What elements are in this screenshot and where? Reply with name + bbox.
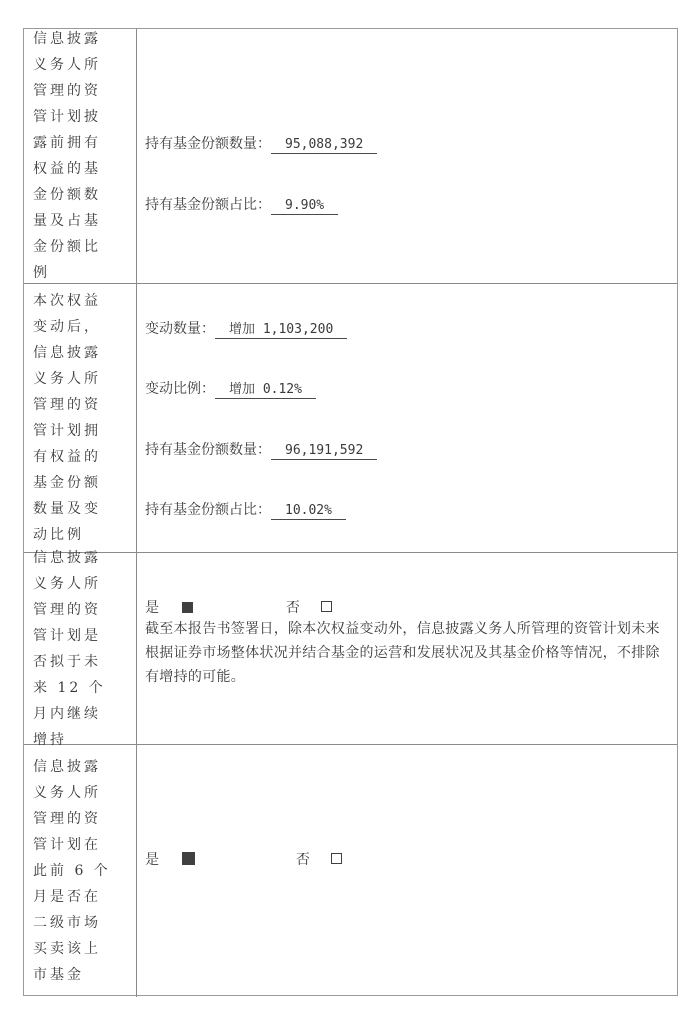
- yes-label: 是: [145, 852, 159, 868]
- field-value: 96,191,592: [271, 442, 377, 460]
- table-row-post-change-holdings: 本次权益变动后，信息披露义务人所管理的资管计划拥有权益的基金份额数量及变动比例 …: [24, 284, 677, 553]
- field-label: 变动比例：: [145, 381, 215, 397]
- no-label: 否: [286, 600, 300, 616]
- no-checkbox-unchecked[interactable]: [331, 853, 342, 864]
- row-label: 信息披露义务人所管理的资管计划披露前拥有权益的基金份额数量及占基金份额比例: [33, 26, 113, 286]
- disclosure-table: 信息披露义务人所管理的资管计划披露前拥有权益的基金份额数量及占基金份额比例 持有…: [23, 28, 678, 996]
- field-value: 增加 0.12%: [215, 381, 316, 399]
- yes-label: 是: [145, 600, 159, 616]
- row-label: 本次权益变动后，信息披露义务人所管理的资管计划拥有权益的基金份额数量及变动比例: [33, 288, 113, 548]
- row-value-cell: 是 否: [137, 745, 677, 997]
- row-label-cell: 本次权益变动后，信息披露义务人所管理的资管计划拥有权益的基金份额数量及变动比例: [24, 284, 137, 552]
- table-row-pre-disclosure-holdings: 信息披露义务人所管理的资管计划披露前拥有权益的基金份额数量及占基金份额比例 持有…: [24, 29, 677, 284]
- yes-checkbox-checked[interactable]: [182, 602, 193, 613]
- yes-no-options: 是 否: [145, 849, 342, 869]
- holding-quantity-field: 持有基金份额数量：95,088,392: [145, 133, 377, 154]
- row-value-cell: 是 否 截至本报告书签署日，除本次权益变动外，信息披露义务人所管理的资管计划未来…: [137, 553, 677, 744]
- holding-quantity-field: 持有基金份额数量：96,191,592: [145, 439, 377, 460]
- yes-checkbox-checked[interactable]: [182, 852, 195, 865]
- change-ratio-field: 变动比例：增加 0.12%: [145, 378, 316, 399]
- yes-no-options: 是 否: [145, 597, 332, 617]
- table-row-prior-six-month-trading: 信息披露义务人所管理的资管计划在此前 6 个月是否在二级市场买卖该上市基金 是 …: [24, 745, 677, 997]
- table-row-future-increase-plan: 信息披露义务人所管理的资管计划是否拟于未来 12 个月内继续增持 是 否 截至本…: [24, 553, 677, 745]
- holding-ratio-field: 持有基金份额占比：9.90%: [145, 194, 338, 215]
- row-label: 信息披露义务人所管理的资管计划在此前 6 个月是否在二级市场买卖该上市基金: [33, 754, 113, 988]
- no-checkbox-unchecked[interactable]: [321, 601, 332, 612]
- field-label: 持有基金份额占比：: [145, 502, 271, 518]
- field-label: 变动数量：: [145, 321, 215, 337]
- field-value: 9.90%: [271, 197, 338, 215]
- field-label: 持有基金份额数量：: [145, 442, 271, 458]
- row-label-cell: 信息披露义务人所管理的资管计划是否拟于未来 12 个月内继续增持: [24, 553, 137, 744]
- row-value-cell: 变动数量：增加 1,103,200 变动比例：增加 0.12% 持有基金份额数量…: [137, 284, 677, 552]
- row-label-cell: 信息披露义务人所管理的资管计划披露前拥有权益的基金份额数量及占基金份额比例: [24, 29, 137, 283]
- row-label: 信息披露义务人所管理的资管计划是否拟于未来 12 个月内继续增持: [33, 545, 113, 753]
- holding-ratio-field: 持有基金份额占比：10.02%: [145, 499, 346, 520]
- field-label: 持有基金份额占比：: [145, 197, 271, 213]
- increase-plan-note: 截至本报告书签署日，除本次权益变动外，信息披露义务人所管理的资管计划未来根据证券…: [145, 617, 671, 689]
- field-label: 持有基金份额数量：: [145, 136, 271, 152]
- field-value: 增加 1,103,200: [215, 321, 347, 339]
- row-label-cell: 信息披露义务人所管理的资管计划在此前 6 个月是否在二级市场买卖该上市基金: [24, 745, 137, 997]
- change-quantity-field: 变动数量：增加 1,103,200: [145, 318, 347, 339]
- field-value: 10.02%: [271, 502, 346, 520]
- field-value: 95,088,392: [271, 136, 377, 154]
- row-value-cell: 持有基金份额数量：95,088,392 持有基金份额占比：9.90%: [137, 29, 677, 283]
- no-label: 否: [296, 852, 310, 868]
